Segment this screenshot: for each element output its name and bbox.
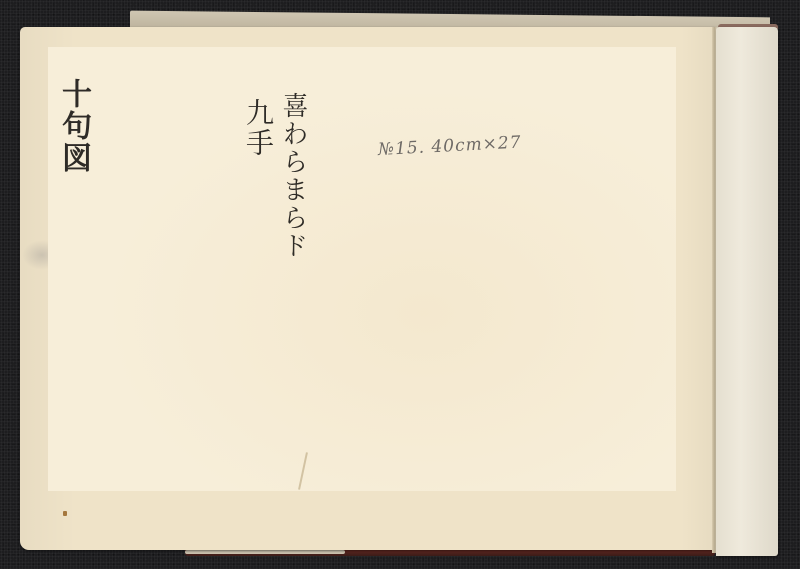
album-spine-fold [716,27,778,556]
calligraphy-main-column: 喜わらまらド [278,92,308,260]
bottom-sheet-edge [185,550,345,554]
calligraphy-title-column: 十句図 [56,78,90,174]
mounted-paper [48,47,676,491]
foxing-spot [63,511,67,516]
calligraphy-secondary-column: 九手 [242,98,274,158]
